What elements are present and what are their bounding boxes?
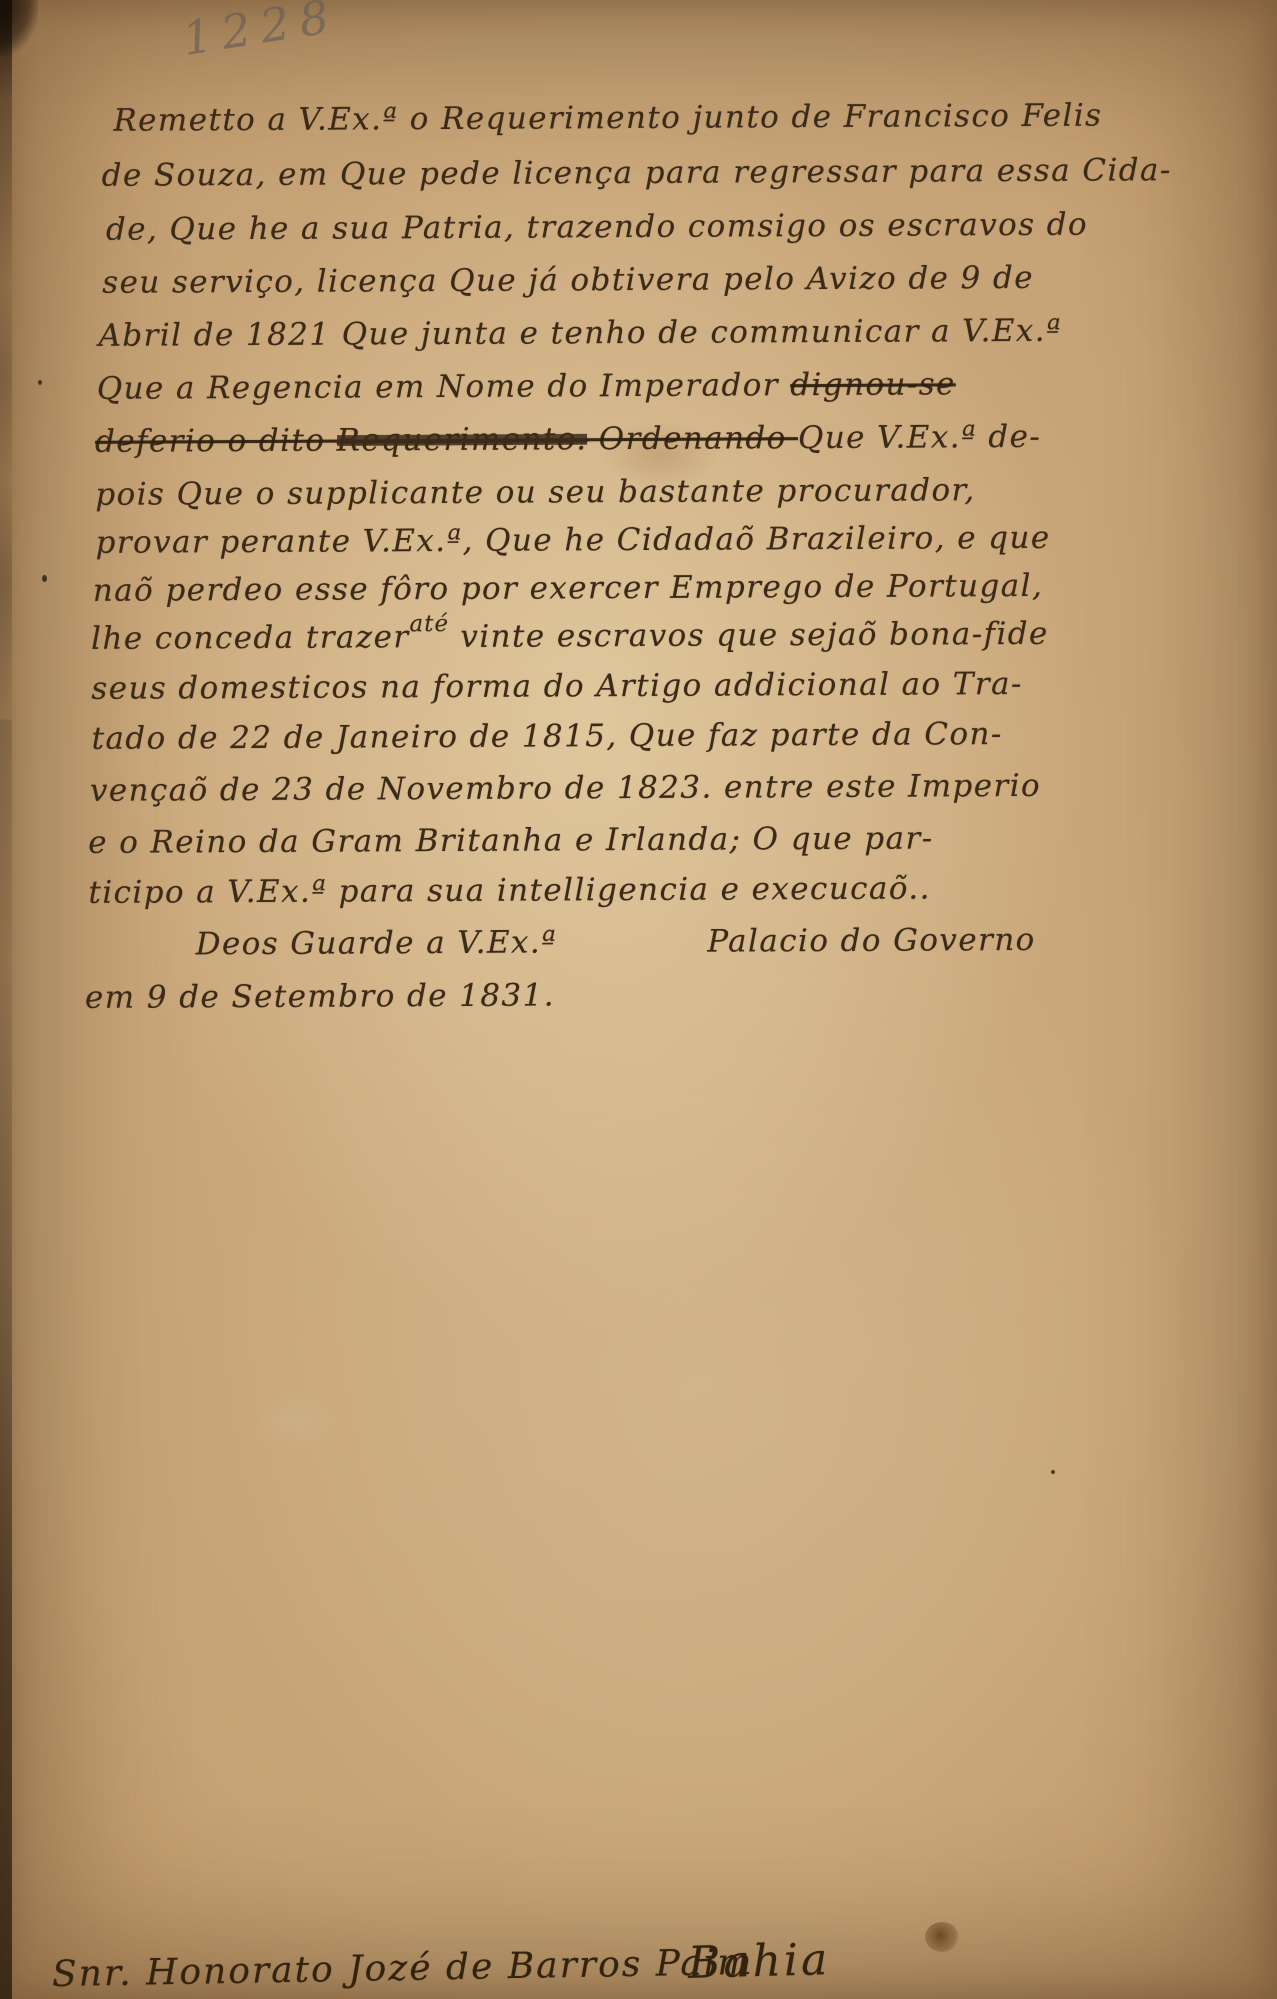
manuscript-line: provar perante V.Ex.ª, Que he Cidadaõ Br… (96, 523, 1051, 559)
manuscript-page: 1228 Remetto a V.Ex.ª o Requerimento jun… (0, 0, 1277, 1999)
closing-place: Palacio do Governo (707, 922, 1036, 960)
struck-text: Ordenando (587, 420, 798, 457)
closing-salute: Deos Guarde a V.Ex.ª (196, 924, 558, 962)
manuscript-line: Deos Guarde a V.Ex.ªPalacio do Governo (196, 925, 1036, 960)
manuscript-line: lhe conceda trazeraté vinte escravos que… (91, 619, 1049, 655)
line-text: Que V.Ex.ª de- (798, 419, 1041, 456)
manuscript-line: seus domesticos na forma do Artigo addic… (91, 669, 1023, 705)
manuscript-line: vençaõ de 23 de Novembro de 1823. entre … (90, 771, 1041, 807)
line-text: lhe conceda trazer (91, 619, 410, 657)
manuscript-line: pois Que o supplicante ou seu bastante p… (95, 475, 975, 511)
manuscript-line: Que a Regencia em Nome do Imperador dign… (97, 369, 956, 404)
struck-text: deferio o dito (95, 423, 337, 460)
manuscript-line: deferio o dito Requerimento. Ordenando Q… (95, 422, 1041, 458)
manuscript-line: ticipo a V.Ex.ª para sua intelligencia e… (88, 873, 931, 908)
manuscript-line: de, Que he a sua Patria, trazendo comsig… (106, 210, 1088, 246)
manuscript-line: tado de 22 de Janeiro de 1815, Que faz p… (92, 719, 1003, 755)
struck-text-heavy: Requerimento. (336, 421, 587, 458)
manuscript-line: Abril de 1821 Que junta e tenho de commu… (98, 316, 1062, 352)
line-gap (557, 952, 707, 953)
letter-body: Remetto a V.Ex.ª o Requerimento junto de… (0, 0, 1277, 1999)
footer-place: Bahia (687, 1934, 831, 1989)
manuscript-line: naõ perdeo esse fôro por exercer Emprego… (93, 571, 1043, 607)
manuscript-line: de Souza, em Que pede licença para regre… (102, 155, 1172, 192)
line-text: vinte escravos que sejaõ bona-fide (449, 616, 1049, 655)
manuscript-line: em 9 de Setembro de 1831. (85, 980, 555, 1013)
inserted-word: até (409, 611, 449, 637)
manuscript-line: seu serviço, licença Que já obtivera pel… (102, 263, 1034, 299)
struck-text: dignou-se (790, 366, 956, 403)
manuscript-line: Remetto a V.Ex.ª o Requerimento junto de… (113, 101, 1102, 137)
line-text: Que a Regencia em Nome do Imperador (97, 367, 791, 407)
manuscript-line: e o Reino da Gram Britanha e Irlanda; O … (88, 823, 934, 858)
